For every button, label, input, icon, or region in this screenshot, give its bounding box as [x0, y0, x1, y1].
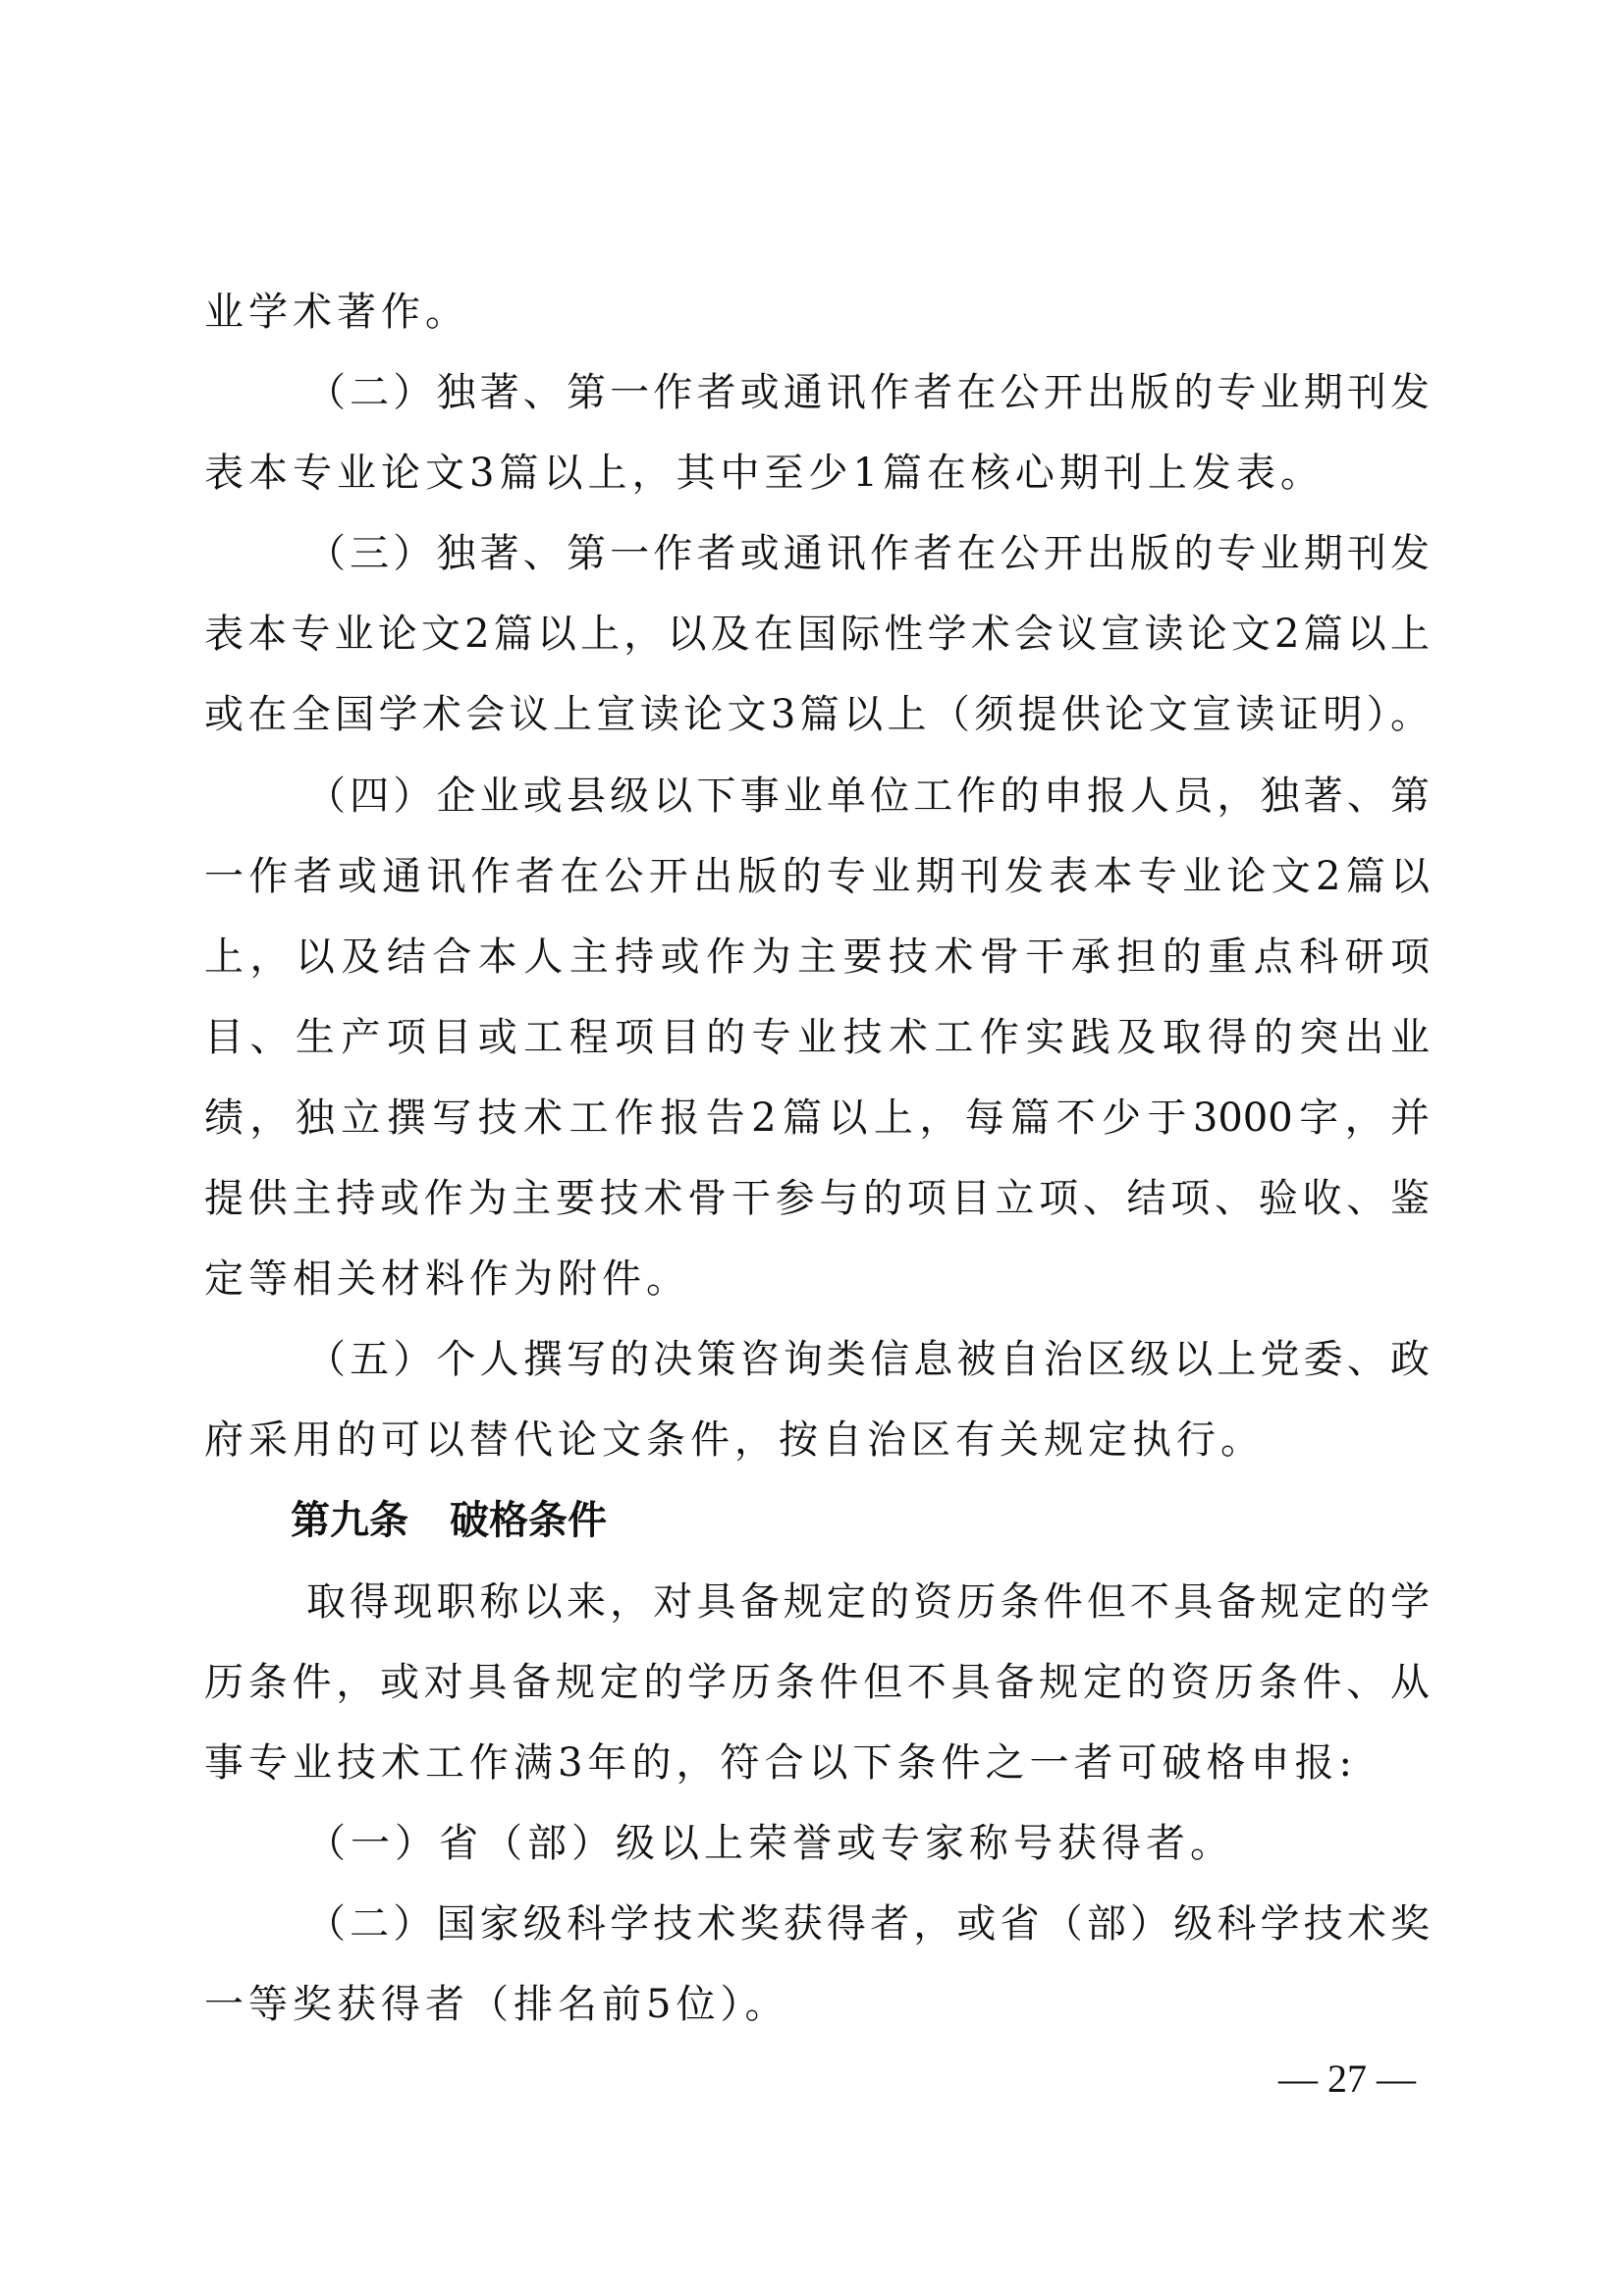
- text-line: 表本专业论文2篇以上，以及在国际性学术会议宣读论文2篇以上: [204, 605, 1430, 685]
- text-line: 定等相关材料作为附件。: [204, 1250, 1430, 1330]
- body-text: 业学术著作。 （二）独著、第一作者或通讯作者在公开出版的专业期刊发 表本专业论文…: [204, 283, 1430, 2056]
- page-number: — 27 —: [1272, 2056, 1422, 2102]
- text-line: 业学术著作。: [204, 283, 1430, 363]
- text-line: （二）国家级科学技术奖获得者，或省（部）级科学技术奖: [204, 1895, 1430, 1975]
- text-line: （四）企业或县级以下事业单位工作的申报人员，独著、第: [204, 767, 1430, 847]
- text-line: 府采用的可以替代论文条件，按自治区有关规定执行。: [204, 1411, 1430, 1491]
- article-title: 破格条件: [450, 1498, 607, 1543]
- text-line: 上，以及结合本人主持或作为主要技术骨干承担的重点科研项: [204, 928, 1430, 1008]
- text-line: 取得现职称以来，对具备规定的资历条件但不具备规定的学: [204, 1573, 1430, 1653]
- text-line: 表本专业论文3篇以上，其中至少1篇在核心期刊上发表。: [204, 444, 1430, 524]
- text-line: 或在全国学术会议上宣读论文3篇以上（须提供论文宣读证明）。: [204, 685, 1430, 766]
- text-line: 提供主持或作为主要技术骨干参与的项目立项、结项、验收、鉴: [204, 1169, 1430, 1250]
- article-number: 第九条: [291, 1498, 408, 1543]
- text-line: 绩，独立撰写技术工作报告2篇以上，每篇不少于3000字，并: [204, 1089, 1430, 1169]
- document-page: 业学术著作。 （二）独著、第一作者或通讯作者在公开出版的专业期刊发 表本专业论文…: [0, 0, 1624, 2296]
- text-line: 事专业技术工作满3年的，符合以下条件之一者可破格申报:: [204, 1734, 1430, 1814]
- text-line: （一）省（部）级以上荣誉或专家称号获得者。: [204, 1814, 1430, 1895]
- text-line: 历条件，或对具备规定的学历条件但不具备规定的资历条件、从: [204, 1653, 1430, 1734]
- text-line: 一作者或通讯作者在公开出版的专业期刊发表本专业论文2篇以: [204, 847, 1430, 928]
- text-line: （二）独著、第一作者或通讯作者在公开出版的专业期刊发: [204, 363, 1430, 444]
- text-line: 一等奖获得者（排名前5位）。: [204, 1975, 1430, 2056]
- section-heading: 第九条破格条件: [204, 1491, 1430, 1572]
- text-line: 目、生产项目或工程项目的专业技术工作实践及取得的突出业: [204, 1008, 1430, 1089]
- text-line: （五）个人撰写的决策咨询类信息被自治区级以上党委、政: [204, 1330, 1430, 1411]
- text-line: （三）独著、第一作者或通讯作者在公开出版的专业期刊发: [204, 524, 1430, 605]
